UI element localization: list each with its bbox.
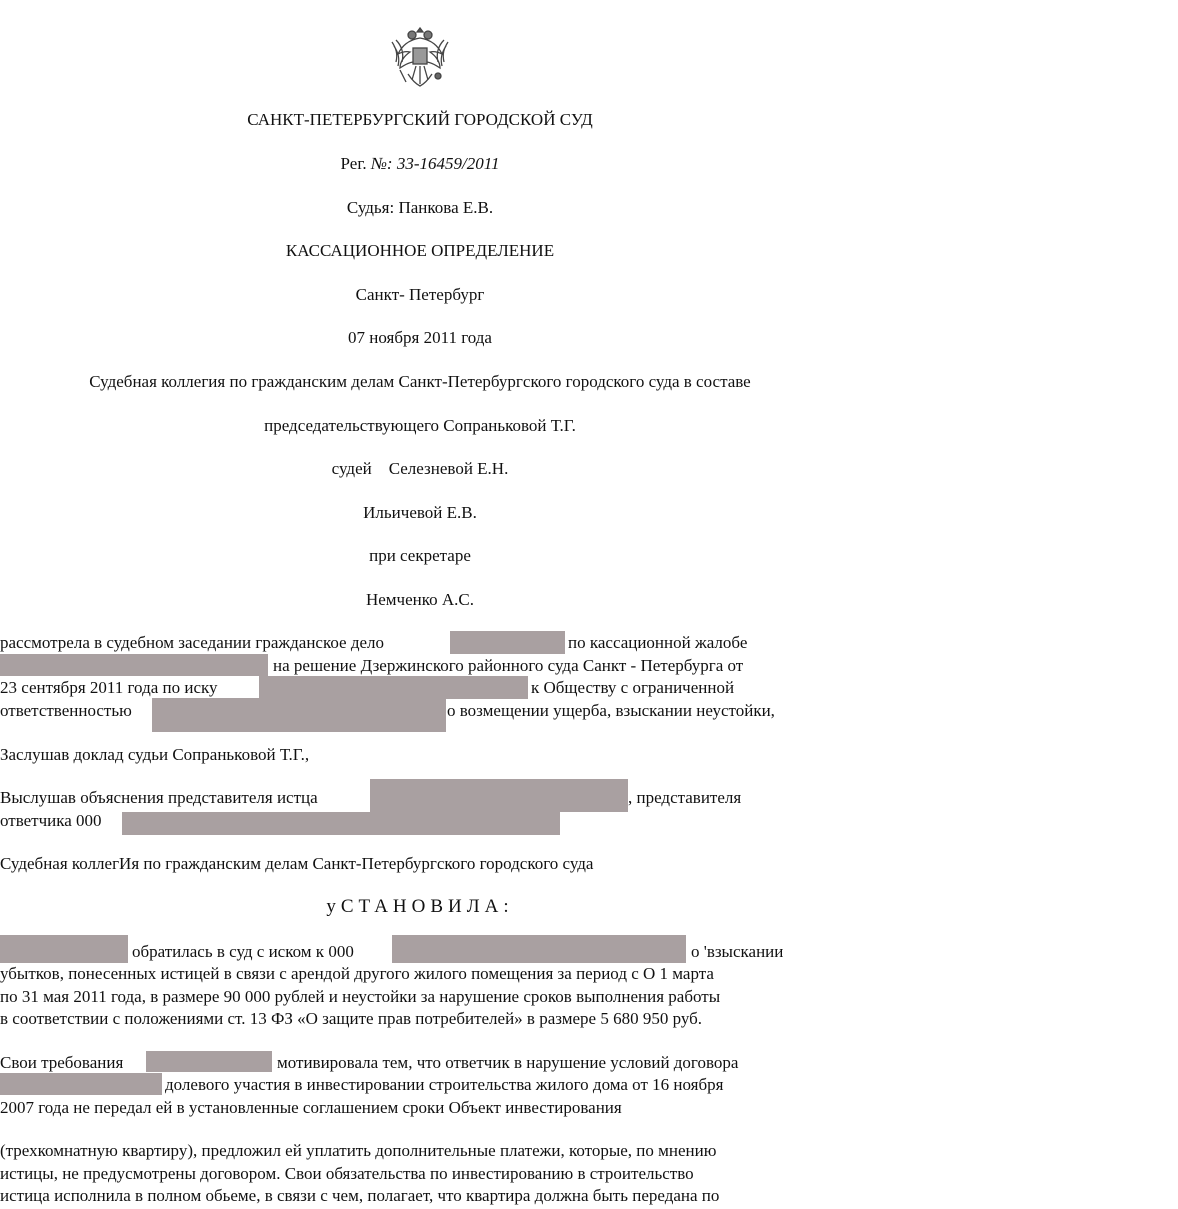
judges-label: судей — [332, 459, 372, 478]
city: Санкт- Петербург — [0, 284, 840, 306]
p7-line1: (трехкомнатную квартиру), предложил ей у… — [0, 1140, 716, 1162]
redaction-block — [259, 676, 528, 699]
p4-collegium: Судебная коллегИя по гражданским делам С… — [0, 853, 593, 875]
p5-line2: убытков, понесенных истицей в связи с ар… — [0, 963, 714, 985]
panel-intro: Судебная коллегия по гражданским делам С… — [0, 371, 840, 393]
secretary-label: при секретаре — [0, 545, 840, 567]
p3-line1a: Выслушав объяснения представителя истца — [0, 787, 318, 809]
p6-line1a: Свои требования — [0, 1052, 123, 1074]
redaction-block — [152, 698, 446, 732]
judge-2: Ильичевой Е.В. — [0, 502, 840, 524]
p1-line3a: 23 сентября 2011 года по иску — [0, 677, 218, 699]
established-heading: уСТАНОВИЛА: — [0, 896, 840, 918]
p5-line3: по 31 мая 2011 года, в размере 90 000 ру… — [0, 986, 720, 1008]
p6-line1b: мотивировала тем, что ответчик в нарушен… — [277, 1052, 738, 1074]
p6-line3: 2007 года не передал ей в установленные … — [0, 1097, 622, 1119]
reg-number-value: №: 33-16459/2011 — [371, 154, 500, 173]
reg-label: Рег. — [341, 154, 371, 173]
presiding-judge: председательствующего Сопраньковой Т.Г. — [0, 415, 840, 437]
p1-line1a: рассмотрела в судебном заседании граждан… — [0, 632, 384, 654]
document-date: 07 ноября 2011 года — [0, 327, 840, 349]
redaction-block — [370, 779, 628, 812]
redaction-block — [0, 1073, 162, 1095]
p7-line2: истицы, не предусмотрены договором. Свои… — [0, 1163, 694, 1185]
redaction-block — [122, 812, 560, 835]
p2-report: Заслушав доклад судьи Сопраньковой Т.Г., — [0, 744, 309, 766]
p5-line1a: обратилась в суд с иском к 000 — [132, 941, 354, 963]
document-type: КАССАЦИОННОЕ ОПРЕДЕЛЕНИЕ — [0, 240, 840, 262]
redaction-block — [0, 935, 128, 963]
redaction-block — [450, 631, 565, 654]
p5-line1b: о 'взыскании — [691, 941, 783, 963]
p7-line3: истица исполнила в полном обьеме, в связ… — [0, 1185, 719, 1207]
p3-line1b: , представителя — [628, 787, 741, 809]
coat-of-arms-icon — [388, 24, 452, 90]
judge-name: Судья: Панкова Е.В. — [0, 197, 840, 219]
secretary-name: Немченко А.С. — [0, 589, 840, 611]
p1-line2: на решение Дзержинского районного суда С… — [273, 655, 743, 677]
p3-line2: ответчика 000 — [0, 810, 102, 832]
redaction-block — [0, 654, 268, 676]
p1-line4a: ответственностью — [0, 700, 132, 722]
registration-number: Рег. №: 33-16459/2011 — [0, 153, 840, 175]
redaction-block — [392, 935, 686, 963]
p1-line3b: к Обществу с ограниченной — [531, 677, 734, 699]
court-name: САНКТ-ПЕТЕРБУРГСКИЙ ГОРОДСКОЙ СУД — [0, 109, 840, 131]
redaction-block — [146, 1051, 272, 1072]
p5-line4: в соответствии с положениями ст. 13 ФЗ «… — [0, 1008, 702, 1030]
panel-judges: судей Селезневой Е.Н. — [0, 458, 840, 480]
p6-line2: долевого участия в инвестировании строит… — [165, 1074, 723, 1096]
judge-1: Селезневой Е.Н. — [389, 459, 509, 478]
p1-line4b: о возмещении ущерба, взыскании неустойки… — [447, 700, 775, 722]
p1-line1b: по кассационной жалобе — [568, 632, 747, 654]
